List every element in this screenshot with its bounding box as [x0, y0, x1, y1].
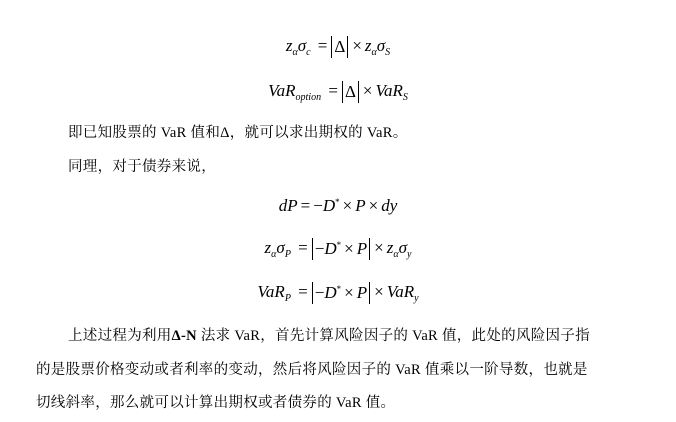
formula-bond-var: VaRP =−D*×P×VaRy [0, 282, 676, 304]
times-sign: × [360, 81, 376, 100]
abs-value: −D*×P [312, 282, 370, 304]
paragraph-bond-intro: 同理，对于债券来说， [68, 157, 216, 177]
abs-value: −D*×P [312, 238, 370, 260]
times-sign: × [340, 196, 356, 215]
var-p: P [355, 196, 365, 215]
paragraph-continuation-1: 的是股票价格变动或者利率的变动，然后将风险因子的 VaR 值乘以一阶导数，也就是 [36, 360, 588, 380]
times-sign: × [371, 238, 387, 257]
var-sigma: σ [298, 36, 306, 55]
sub-p: P [285, 293, 291, 304]
equals-sign: = [325, 81, 341, 100]
var-var: VaR [375, 81, 402, 100]
text-segment: 法求 VaR，首先计算风险因子的 VaR 值，此处的风险因子指 [197, 328, 590, 344]
times-sign: × [371, 282, 387, 301]
var-var: VaR [257, 282, 284, 301]
method-name: Δ-N [172, 328, 197, 344]
formula-bond-sigma: zασP =−D*×P×zασy [0, 238, 676, 260]
formula-bond-dp: dP=−D*×P×dy [0, 196, 676, 216]
var-z: z [365, 36, 372, 55]
delta-symbol: Δ [334, 37, 345, 56]
delta-symbol: Δ [345, 82, 356, 101]
times-sign: × [341, 283, 357, 302]
equals-sign: = [298, 196, 314, 215]
paragraph-delta-normal-method: 上述过程为利用Δ-N 法求 VaR，首先计算风险因子的 VaR 值，此处的风险因… [68, 326, 590, 346]
times-sign: × [349, 36, 365, 55]
times-sign: × [366, 196, 382, 215]
star-superscript: * [335, 197, 340, 207]
sub-s: S [403, 92, 408, 103]
formula-option-var: VaRoption =Δ×VaRS [0, 81, 676, 103]
minus-sign: − [315, 283, 325, 302]
minus-sign: − [315, 239, 325, 258]
var-sigma: σ [377, 36, 385, 55]
equals-sign: = [295, 238, 311, 257]
times-sign: × [341, 239, 357, 258]
var-dp: dP [279, 196, 298, 215]
var-sigma: σ [399, 238, 407, 257]
var-d: D [323, 196, 335, 215]
var-p: P [357, 239, 367, 258]
var-dy: dy [381, 196, 397, 215]
abs-value: Δ [342, 81, 359, 103]
sub-s: S [385, 47, 390, 58]
sub-y: y [407, 249, 411, 260]
equals-sign: = [315, 36, 331, 55]
text-segment: 上述过程为利用 [68, 328, 172, 344]
sub-y: y [414, 293, 418, 304]
sub-option: option [296, 92, 322, 103]
abs-value: Δ [331, 36, 348, 58]
var-d: D [324, 239, 336, 258]
sub-p: P [285, 249, 291, 260]
var-var: VaR [268, 81, 295, 100]
paragraph-continuation-2: 切线斜率，那么就可以计算出期权或者债券的 VaR 值。 [36, 393, 395, 413]
sub-c: c [306, 47, 310, 58]
minus-sign: − [313, 196, 323, 215]
equals-sign: = [295, 282, 311, 301]
var-d: D [324, 283, 336, 302]
var-sigma: σ [276, 238, 284, 257]
paragraph-option-conclusion: 即已知股票的 VaR 值和Δ，就可以求出期权的 VaR。 [68, 123, 408, 143]
var-var: VaR [387, 282, 414, 301]
var-p: P [357, 283, 367, 302]
formula-option-sigma: zασc =Δ×zασS [0, 36, 676, 58]
